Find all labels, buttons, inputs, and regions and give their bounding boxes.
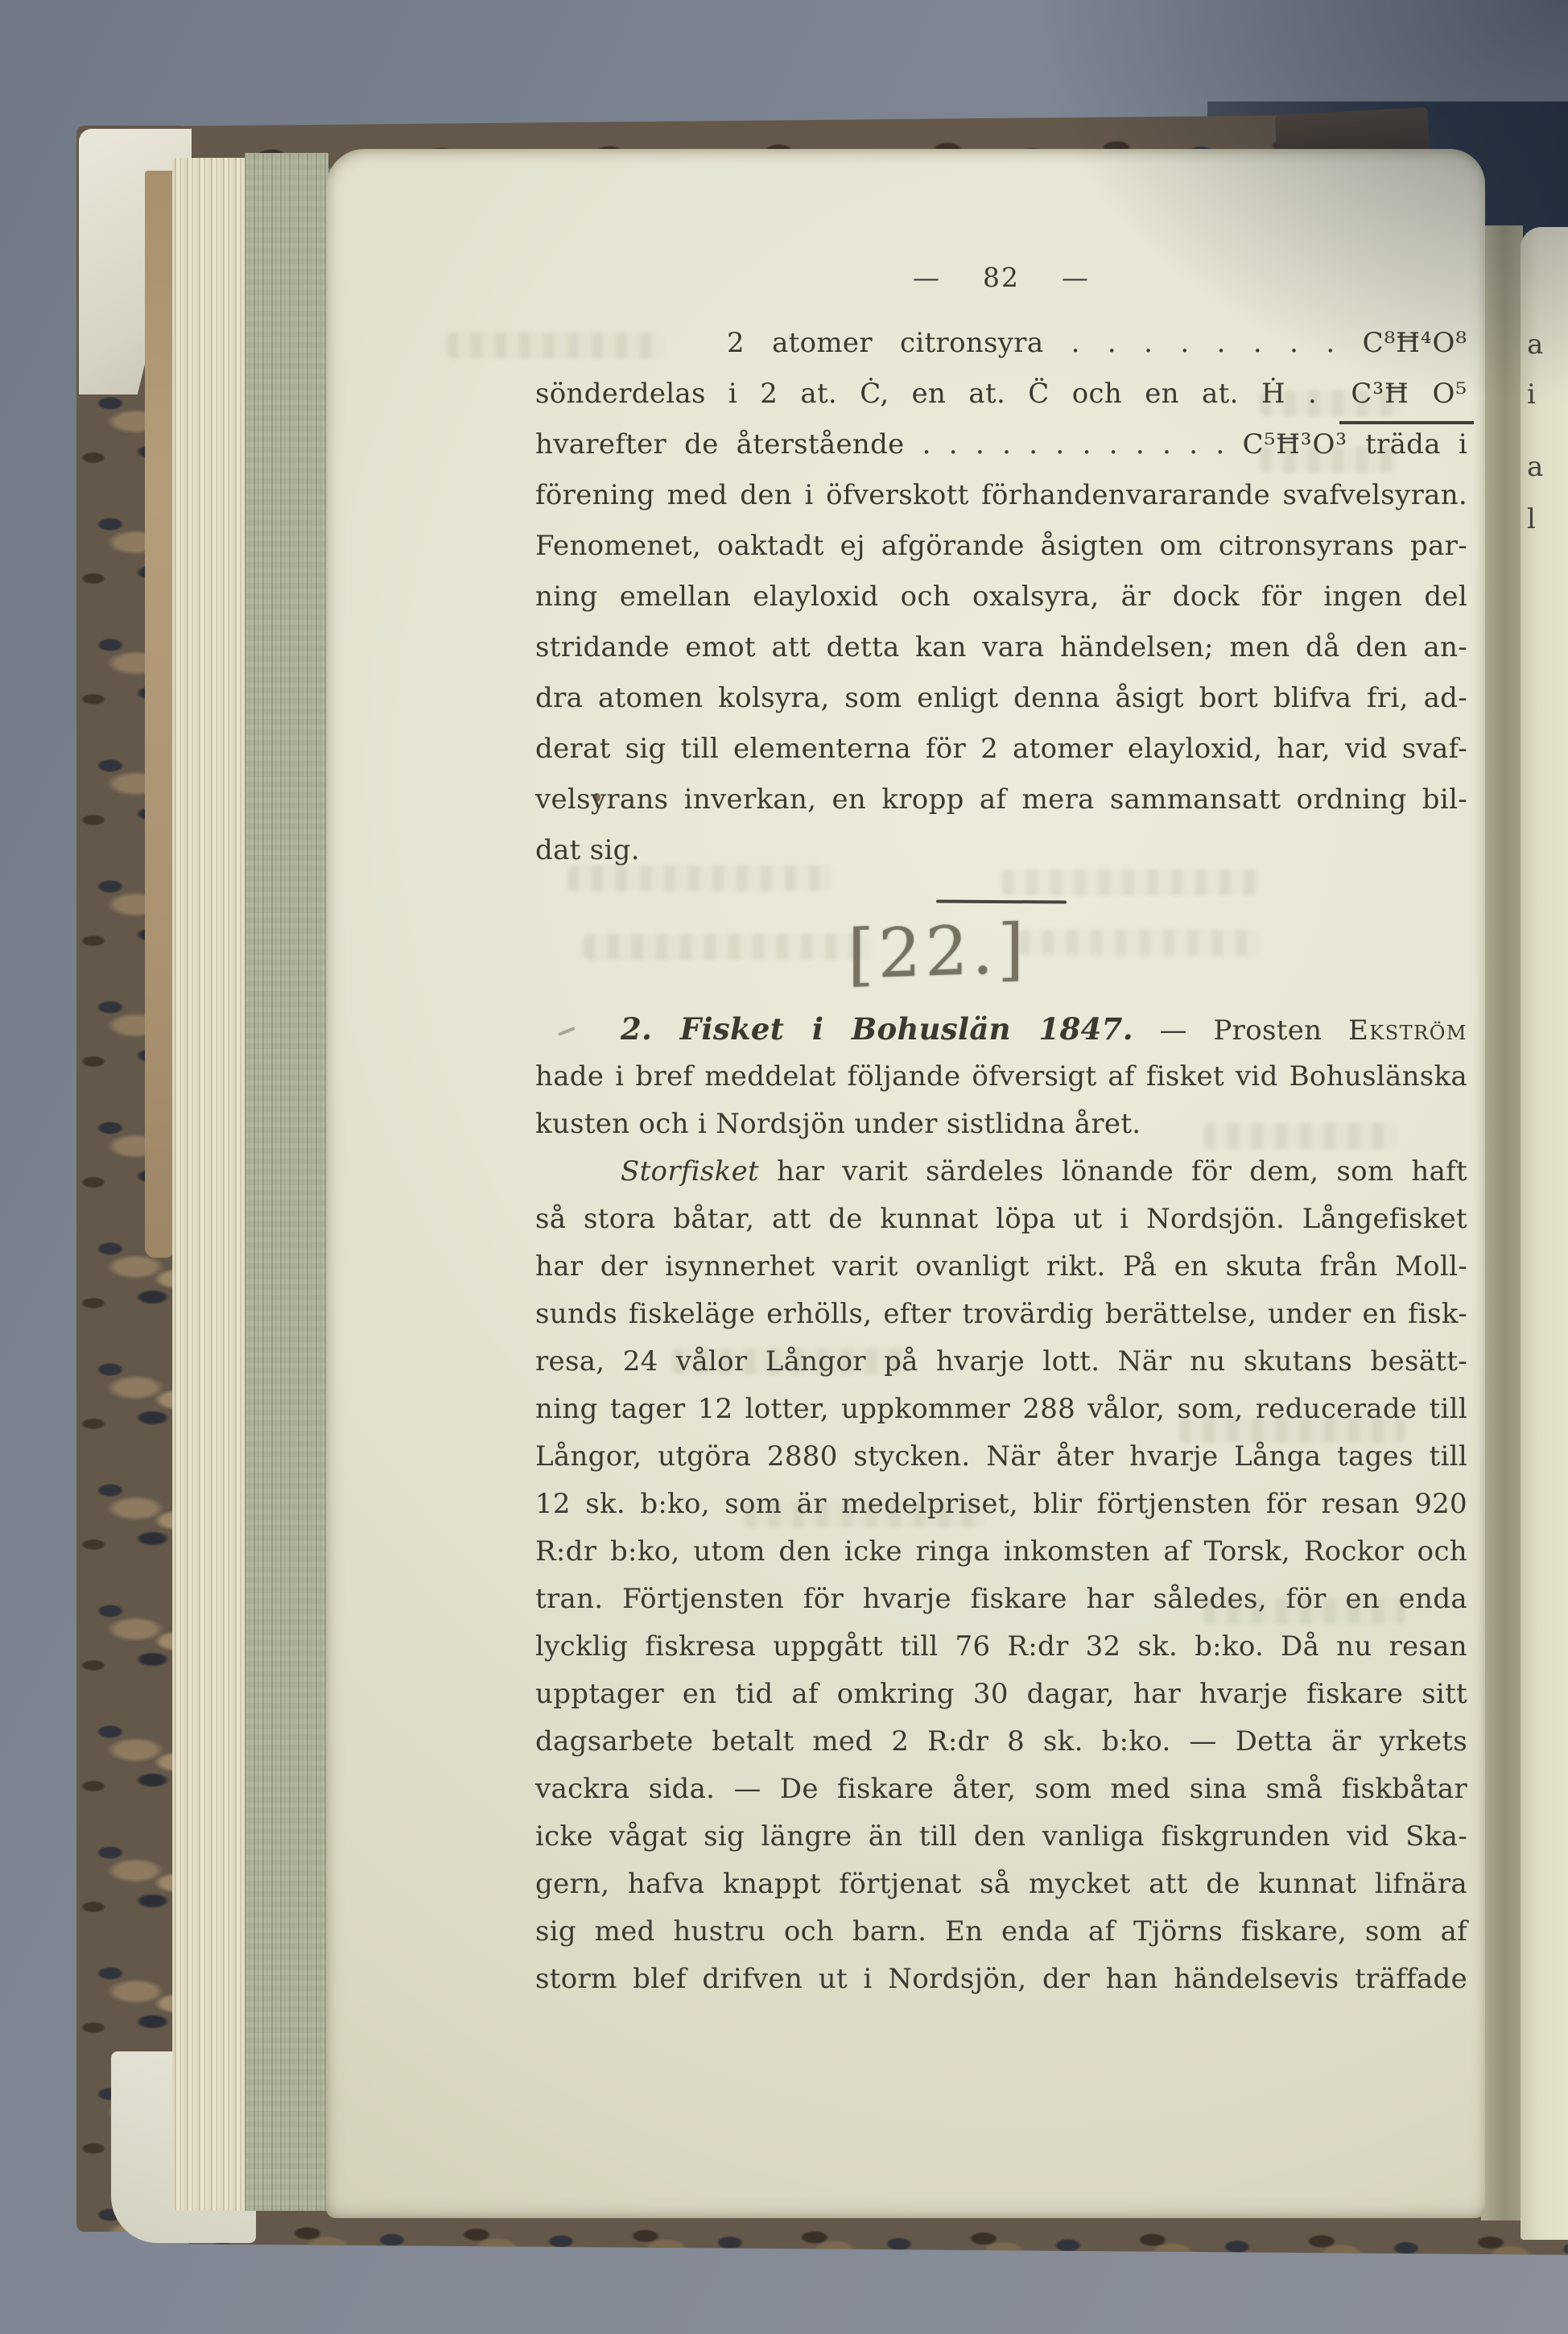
page-edge-tan-strip [145, 171, 175, 1258]
text-line: 2 atomer citronsyra . . . . . . . . C⁸Ħ⁴… [535, 322, 1467, 364]
text-line: lycklig fiskresa uppgått till 76 R:dr 32… [535, 1626, 1467, 1667]
facing-page-sliver: a i a l [1521, 227, 1568, 2240]
text-line: sig med hustru och barn. En enda af Tjör… [535, 1911, 1467, 1952]
text-line: 12 sk. b:ko, som är medelpriset, blir fö… [535, 1483, 1467, 1525]
line-text: 2 atomer citronsyra [727, 327, 1043, 359]
page-number: —82— [535, 262, 1467, 293]
dot-leader: . . . . . . . . . . . . [922, 428, 1225, 461]
text-line: stridande emot att detta kan vara händel… [535, 626, 1467, 668]
text-line: resa, 24 vålor Långor på hvarje lott. Nä… [535, 1341, 1467, 1382]
page-number-value: 82 [983, 262, 1020, 293]
scanned-book-page: a i a l —82— 2 atomer citronsyra . . . .… [0, 0, 1568, 2334]
text-line: Storfisket har varit särdeles lönande fö… [535, 1150, 1467, 1192]
bleed-through-ghost [584, 934, 873, 960]
text-line: ning tager 12 lotter, uppkommer 288 vålo… [535, 1388, 1467, 1430]
line-text: hvarefter de återstående [535, 428, 905, 461]
text-line: ning emellan elayloxid och oxalsyra, är … [535, 576, 1467, 618]
text-line: sunds fiskeläge erhölls, efter trovärdig… [535, 1293, 1467, 1335]
text-line: dat sig. [535, 829, 1467, 871]
text-line: har der isynnerhet varit ovanligt rikt. … [535, 1245, 1467, 1287]
text-line: vackra sida. — De fiskare åter, som med … [535, 1768, 1467, 1810]
text-line: Långor, utgöra 2880 stycken. När åter hv… [535, 1436, 1467, 1477]
text-line: R:dr b:ko, utom den icke ringa inkomsten… [535, 1531, 1467, 1572]
author-name: Ekström [1348, 1014, 1467, 1047]
page-number-dash: — [1062, 262, 1090, 293]
page-edges-striated [172, 158, 248, 2211]
text-line: derat sig till elementerna för 2 atomer … [535, 728, 1467, 770]
book-page: —82— 2 atomer citronsyra . . . . . . . .… [326, 149, 1485, 2218]
bleed-through-ghost [1002, 870, 1260, 895]
page-gutter-shadow [1481, 225, 1523, 2220]
facing-page-partial-letter: a [1527, 451, 1543, 483]
text-line: dagsarbete betalt med 2 R:dr 8 sk. b:ko.… [535, 1721, 1467, 1762]
line-text: sönderdelas i 2 at. Ċ, en at. C̈ och en … [535, 378, 1317, 410]
chemical-formula-underlined: C³Ħ O⁵ [1339, 378, 1474, 424]
page-edges-green-block [245, 153, 328, 2211]
chemical-formula: C⁵Ħ³O³ [1243, 428, 1347, 461]
text-line: icke vågat sig längre än till den vanlig… [535, 1816, 1467, 1857]
chemical-formula: C⁸Ħ⁴O⁸ [1363, 327, 1467, 359]
facing-page-partial-letter: a [1527, 328, 1543, 361]
text-line: kusten och i Nordsjön under sistlidna år… [535, 1103, 1467, 1145]
text-line: gern, hafva knappt förtjenat så mycket a… [535, 1863, 1467, 1905]
text-line: tran. Förtjensten för hvarje fiskare har… [535, 1578, 1467, 1620]
line-text: har varit särdeles lönande för dem, som … [777, 1155, 1467, 1188]
facing-page-partial-letter: i [1527, 378, 1536, 411]
text-line: hvarefter de återstående . . . . . . . .… [535, 423, 1467, 465]
text-line: storm blef drifven ut i Nordsjön, der ha… [535, 1958, 1467, 2000]
text-line: upptager en tid af omkring 30 dagar, har… [535, 1673, 1467, 1715]
author-prefix: Prosten [1214, 1014, 1322, 1047]
text-line: hade i bref meddelat följande öfversigt … [535, 1055, 1467, 1097]
italic-term: Storfisket [621, 1155, 759, 1188]
heading-dash: — [1160, 1014, 1187, 1047]
facing-page-partial-letter: l [1527, 503, 1536, 535]
line-text: träda i [1365, 428, 1467, 461]
section-heading-line: 2. Fisket i Bohuslän 1847. — Prosten Eks… [535, 1008, 1467, 1050]
handwritten-pencil-mark: [22.] [848, 904, 1028, 999]
text-line: sönderdelas i 2 at. Ċ, en at. C̈ och en … [535, 373, 1467, 415]
dot-leader: . . . . . . . . [1071, 327, 1335, 359]
text-line: velsyrans inverkan, en kropp af mera sam… [535, 779, 1467, 820]
text-line: förening med den i öfverskott förhandenv… [535, 474, 1467, 516]
section-title: 2. Fisket i Bohuslän 1847. [621, 1011, 1133, 1047]
page-number-dash: — [913, 262, 941, 293]
bleed-through-ghost [1018, 930, 1260, 956]
text-line: Fenomenet, oaktadt ej afgörande åsigten … [535, 525, 1467, 567]
text-line: så stora båtar, att de kunnat löpa ut i … [535, 1198, 1467, 1240]
section-divider-rule [936, 899, 1067, 903]
text-line: dra atomen kolsyra, som enligt denna åsi… [535, 677, 1467, 719]
